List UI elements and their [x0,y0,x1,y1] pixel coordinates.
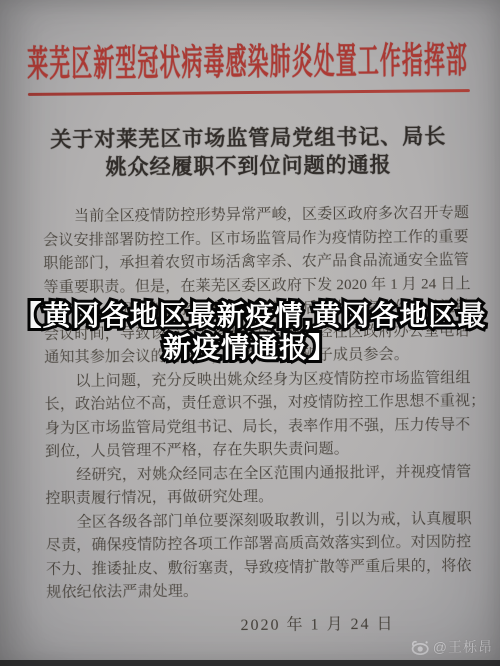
letterhead-divider [28,89,470,96]
weibo-handle: @王栎昂 [433,637,493,657]
photo-of-document: 莱芜区新型冠状病毒感染肺炎处置工作指挥部 关于对莱芜区市场监管局党组书记、局长 … [0,0,500,666]
document-line: 经研究，对姚众经同志在全区范围内通报批评，并视疫情管 [45,461,459,488]
document-body: 当前全区疫情防控形势异常严峻，区委区政府多次召开专题 会议安排部署防控工作。区市… [43,202,460,605]
document-title-line2: 姚众经履职不到位问题的通报 [0,150,499,182]
photo-bottom-strip [0,660,500,666]
document-line: 规依纪依法严肃处理。 [46,578,460,605]
weibo-watermark: @王栎昂 [411,637,493,657]
letterhead-banner: 莱芜区新型冠状病毒感染肺炎处置工作指挥部 [27,32,468,87]
document-title-line1: 关于对莱芜区市场监管局党组书记、局长 [0,122,498,154]
news-caption-line2: 新疫情通报】 [0,332,500,364]
document-line: 长，政治站位不高，责任意识不强，对疫情防控工作思想不重视； [45,390,459,417]
document-line: 不力、推诿扯皮、敷衍塞责，导致疫情扩散等严重后果的，将依 [46,555,460,582]
document-date: 2020 年 1 月 24 日 [2,611,394,637]
document-line: 当前全区疫情防控形势异常严峻，区委区政府多次召开专题 [43,202,457,229]
document-line: 职能部门，承担着农贸市场活禽宰杀、农产品食品流通安全监管 [43,249,457,276]
document-line: 会议安排部署防控工作。区市场监管局作为疫情防控工作的重要 [43,226,457,253]
document-line: 身为区市场监管局党组书记、局长，表率作用不强，压力传导不 [45,414,459,441]
news-caption-overlay: 【黄冈各地区最新疫情,黄冈各地区最 新疫情通报】 [0,300,500,364]
weibo-eye-icon [411,639,430,655]
document-line: 尽责，确保疫情防控各项工作部署高质高效落实到位。对因防控 [46,531,460,558]
news-caption-line1: 【黄冈各地区最新疫情,黄冈各地区最 [0,300,500,332]
document-line: 等重要职责。但是，在莱芜区委区政府下发 2020 年 1 月 24 日上 [43,273,457,300]
document-title: 关于对莱芜区市场监管局党组书记、局长 姚众经履职不到位问题的通报 [0,122,499,182]
